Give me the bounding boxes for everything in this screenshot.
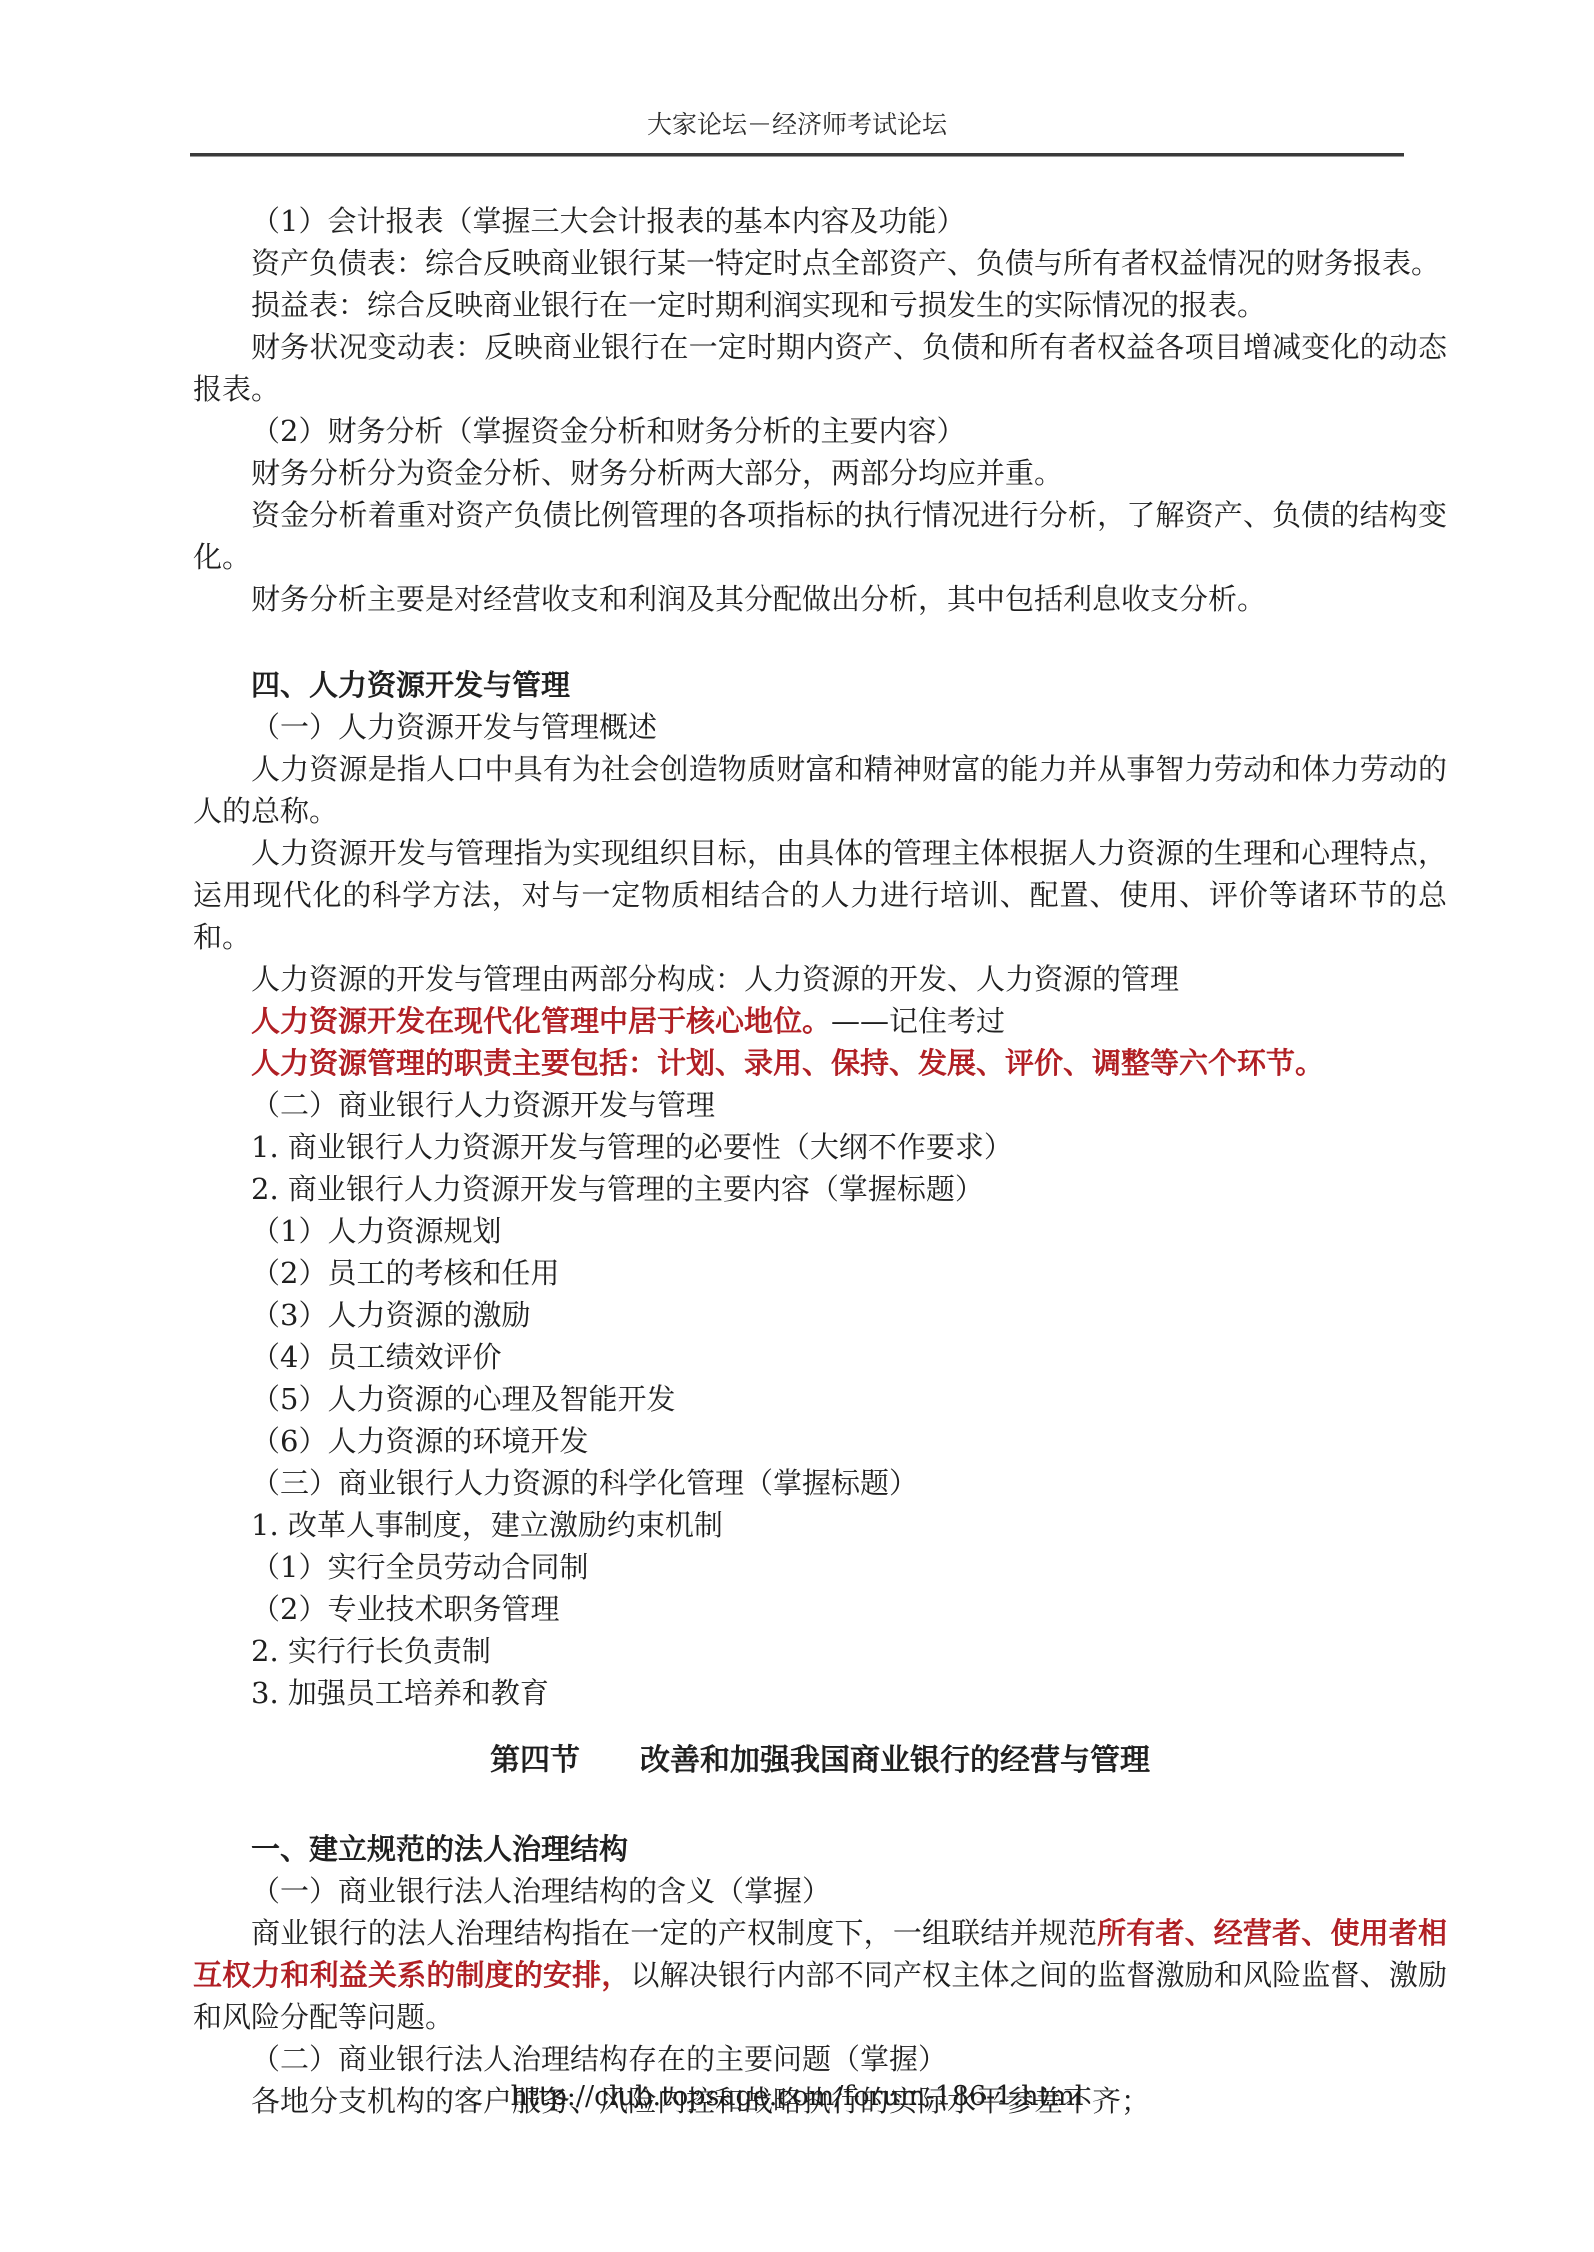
red-highlight-paragraph: 人力资源管理的职责主要包括：计划、录用、保持、发展、评价、调整等六个环节。 (193, 1042, 1447, 1084)
doc-paragraph: 人力资源的开发与管理由两部分构成：人力资源的开发、人力资源的管理 (193, 958, 1447, 1000)
doc-list-item: （5）人力资源的心理及智能开发 (193, 1378, 1447, 1420)
doc-paragraph: 财务分析分为资金分析、财务分析两大部分，两部分均应并重。 (193, 452, 1447, 494)
doc-list-item: （2）专业技术职务管理 (193, 1588, 1447, 1630)
doc-paragraph: 人力资源开发与管理指为实现组织目标，由具体的管理主体根据人力资源的生理和心理特点… (193, 832, 1447, 958)
doc-paragraph: 1. 商业银行人力资源开发与管理的必要性（大纲不作要求） (193, 1126, 1447, 1168)
doc-paragraph: 损益表：综合反映商业银行在一定时期利润实现和亏损发生的实际情况的报表。 (193, 284, 1447, 326)
doc-list-item: （6）人力资源的环境开发 (193, 1420, 1447, 1462)
doc-paragraph: 资产负债表：综合反映商业银行某一特定时点全部资产、负债与所有者权益情况的财务报表… (193, 242, 1447, 284)
doc-list-item: 3. 加强员工培养和教育 (193, 1672, 1447, 1714)
doc-paragraph: 财务状况变动表：反映商业银行在一定时期内资产、负债和所有者权益各项目增减变化的动… (193, 326, 1447, 410)
header-rule (190, 153, 1404, 157)
doc-list-item: （2）员工的考核和任用 (193, 1252, 1447, 1294)
doc-paragraph: （二）商业银行法人治理结构存在的主要问题（掌握） (193, 2038, 1447, 2080)
footer-url: http://club.topsage.com/forum-186-1.html (0, 2080, 1594, 2114)
note-text: ——记住考过 (831, 1004, 1005, 1038)
doc-paragraph: 2. 商业银行人力资源开发与管理的主要内容（掌握标题） (193, 1168, 1447, 1210)
document-body: （1）会计报表（掌握三大会计报表的基本内容及功能） 资产负债表：综合反映商业银行… (193, 200, 1447, 2122)
red-highlight-text: 人力资源开发在现代化管理中居于核心地位。 (251, 1004, 831, 1038)
doc-paragraph: （2）财务分析（掌握资金分析和财务分析的主要内容） (193, 410, 1447, 452)
doc-paragraph: 财务分析主要是对经营收支和利润及其分配做出分析，其中包括利息收支分析。 (193, 578, 1447, 620)
doc-list-item: （3）人力资源的激励 (193, 1294, 1447, 1336)
doc-paragraph-emphasis: 人力资源开发在现代化管理中居于核心地位。——记住考过 (193, 1000, 1447, 1042)
doc-paragraph-emphasis: 商业银行的法人治理结构指在一定的产权制度下，一组联结并规范所有者、经营者、使用者… (193, 1912, 1447, 2038)
doc-paragraph: （一）人力资源开发与管理概述 (193, 706, 1447, 748)
document-page: 大家论坛－经济师考试论坛 （1）会计报表（掌握三大会计报表的基本内容及功能） 资… (0, 0, 1594, 2252)
doc-paragraph: （二）商业银行人力资源开发与管理 (193, 1084, 1447, 1126)
doc-paragraph: 人力资源是指人口中具有为社会创造物质财富和精神财富的能力并从事智力劳动和体力劳动… (193, 748, 1447, 832)
section-heading: 一、建立规范的法人治理结构 (193, 1828, 1447, 1870)
doc-list-item: （4）员工绩效评价 (193, 1336, 1447, 1378)
page-header-title: 大家论坛－经济师考试论坛 (0, 110, 1594, 140)
doc-paragraph: （1）会计报表（掌握三大会计报表的基本内容及功能） (193, 200, 1447, 242)
doc-paragraph: 资金分析着重对资产负债比例管理的各项指标的执行情况进行分析，了解资产、负债的结构… (193, 494, 1447, 578)
doc-list-item: 2. 实行行长负责制 (193, 1630, 1447, 1672)
doc-paragraph: （一）商业银行法人治理结构的含义（掌握） (193, 1870, 1447, 1912)
body-text: 商业银行的法人治理结构指在一定的产权制度下，一组联结并规范 (251, 1916, 1097, 1950)
doc-paragraph: 1. 改革人事制度，建立激励约束机制 (193, 1504, 1447, 1546)
section-heading: 四、人力资源开发与管理 (193, 664, 1447, 706)
doc-list-item: （1）实行全员劳动合同制 (193, 1546, 1447, 1588)
chapter-heading: 第四节 改善和加强我国商业银行的经营与管理 (193, 1740, 1447, 1782)
doc-paragraph: （三）商业银行人力资源的科学化管理（掌握标题） (193, 1462, 1447, 1504)
doc-list-item: （1）人力资源规划 (193, 1210, 1447, 1252)
